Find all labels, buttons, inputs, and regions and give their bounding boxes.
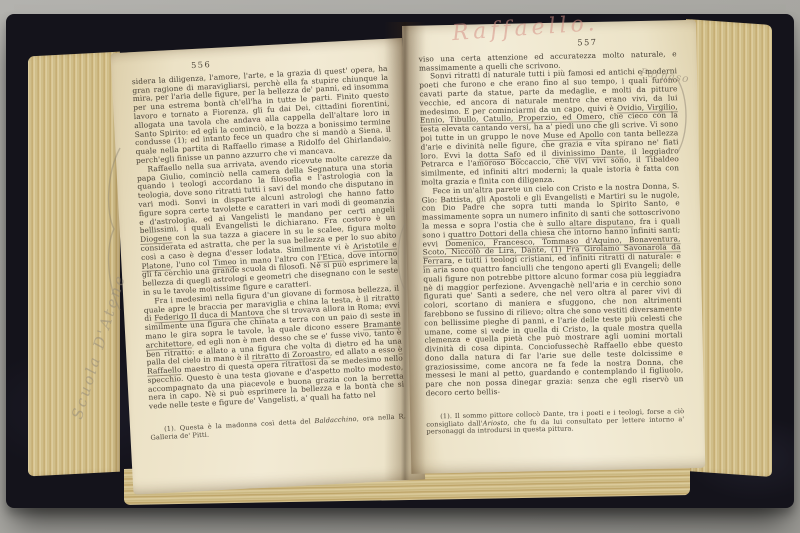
- page-number-right: 557: [458, 35, 716, 49]
- left-page-text: 556 sidera la diligenza, l'amore, l'arte…: [131, 51, 409, 482]
- left-paragraph-3: Fra i medesimi nella figura d'un giovane…: [143, 284, 405, 412]
- footnote-indent: [150, 431, 164, 432]
- left-page: 556 sidera la diligenza, l'amore, l'arte…: [110, 38, 425, 495]
- footnote-left: (1). Questa è la madonna così detta del …: [150, 413, 406, 442]
- right-page-text: 557 viso una certa attenzione ed accurat…: [418, 36, 685, 461]
- footnote-right-text: (1). Il sommo pittore collocò Dante, tra…: [426, 407, 684, 436]
- photo-scene: 556 sidera la diligenza, l'amore, l'arte…: [0, 0, 800, 533]
- right-paragraph-2: Sonvi ritratti di naturale tutti i più f…: [419, 68, 679, 188]
- right-page: 557 viso una certa attenzione ed accurat…: [402, 20, 705, 474]
- left-paragraph-1: sidera la diligenza, l'amore, l'arte, e …: [132, 65, 392, 166]
- left-paragraph-2: Raffaello nella sua arrivata, avendo ric…: [136, 152, 399, 297]
- footnote-right: (1). Il sommo pittore collocò Dante, tra…: [426, 408, 684, 437]
- footnote-left-text: (1). Questa è la madonna così detta del …: [150, 412, 406, 441]
- right-paragraph-3: Fece in un'altra parete un cielo con Cri…: [421, 182, 683, 398]
- book: 556 sidera la diligenza, l'amore, l'arte…: [6, 14, 794, 508]
- fore-edge-left: [28, 52, 120, 477]
